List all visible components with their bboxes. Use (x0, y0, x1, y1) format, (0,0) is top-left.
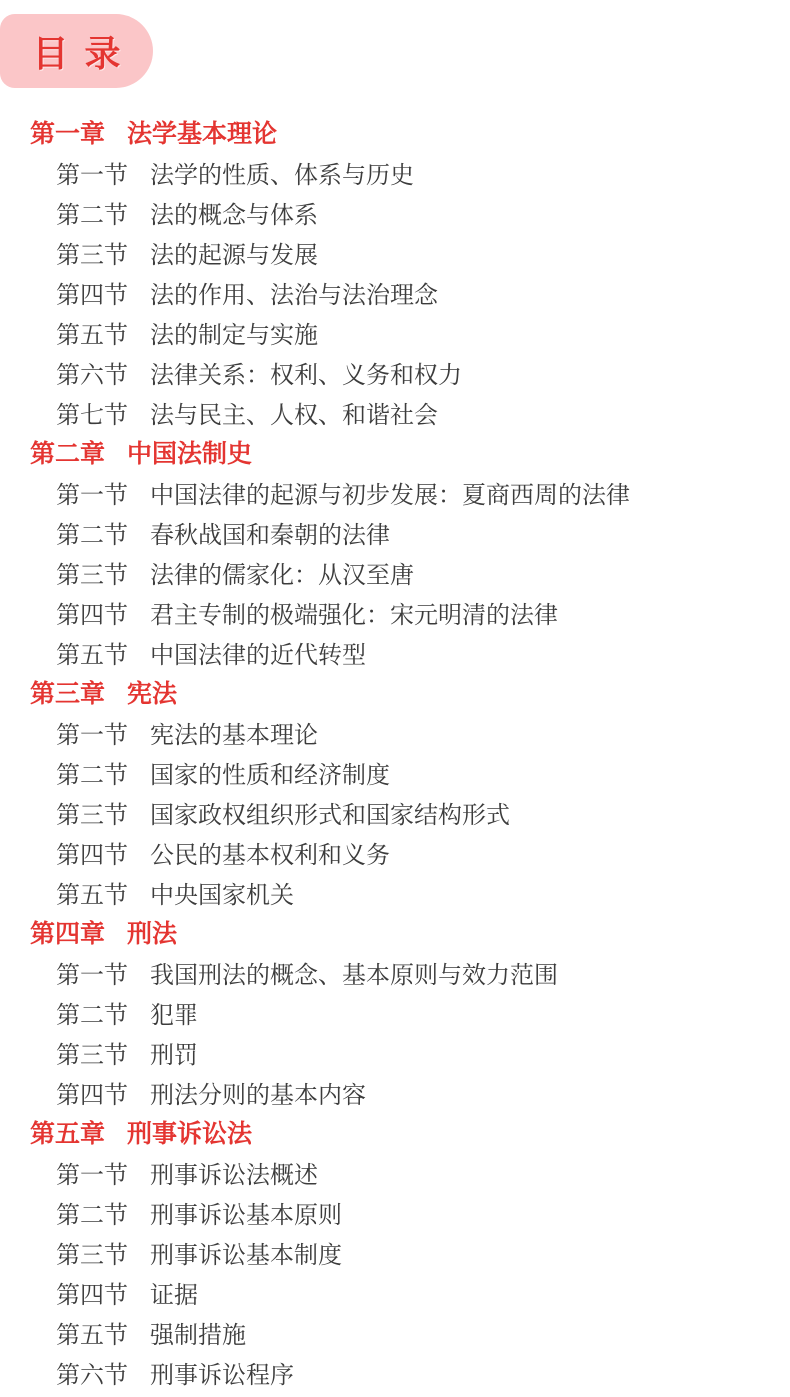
section-title: 刑法分则的基本内容 (150, 1075, 366, 1110)
section-title: 刑事诉讼程序 (150, 1355, 294, 1390)
section-row: 第一节我国刑法的概念、基本原则与效力范围 (0, 952, 790, 992)
chapter-label: 第五章 (30, 1114, 105, 1150)
section-title: 公民的基本权利和义务 (150, 835, 390, 870)
chapter-title: 刑法 (127, 914, 177, 950)
chapter-title: 法学基本理论 (127, 114, 277, 150)
chapter-label: 第三章 (30, 674, 105, 710)
section-label: 第二节 (56, 755, 128, 790)
section-title: 春秋战国和秦朝的法律 (150, 515, 390, 550)
section-title: 中国法律的起源与初步发展：夏商西周的法律 (150, 475, 630, 510)
section-label: 第二节 (56, 195, 128, 230)
section-title: 证据 (150, 1275, 198, 1310)
section-row: 第二节春秋战国和秦朝的法律 (0, 512, 790, 552)
section-label: 第三节 (56, 555, 128, 590)
chapter-title: 宪法 (127, 674, 177, 710)
section-row: 第五节中央国家机关 (0, 872, 790, 912)
section-title: 宪法的基本理论 (150, 715, 318, 750)
section-row: 第三节国家政权组织形式和国家结构形式 (0, 792, 790, 832)
section-label: 第一节 (56, 155, 128, 190)
section-label: 第三节 (56, 1235, 128, 1270)
section-label: 第三节 (56, 235, 128, 270)
section-row: 第四节刑法分则的基本内容 (0, 1072, 790, 1112)
section-label: 第二节 (56, 995, 128, 1030)
section-label: 第二节 (56, 1195, 128, 1230)
section-title: 刑罚 (150, 1035, 198, 1070)
section-label: 第三节 (56, 795, 128, 830)
section-title: 犯罪 (150, 995, 198, 1030)
section-label: 第三节 (56, 1035, 128, 1070)
section-row: 第三节刑罚 (0, 1032, 790, 1072)
section-title: 强制措施 (150, 1315, 246, 1350)
section-label: 第二节 (56, 515, 128, 550)
toc-badge-label: 目 录 (29, 26, 123, 77)
section-row: 第四节法的作用、法治与法治理念 (0, 272, 790, 312)
section-label: 第六节 (56, 355, 128, 390)
toc-badge: 目 录 (0, 14, 153, 88)
section-row: 第三节法律的儒家化：从汉至唐 (0, 552, 790, 592)
toc-list: 第一章法学基本理论第一节法学的性质、体系与历史第二节法的概念与体系第三节法的起源… (0, 112, 790, 1392)
section-row: 第五节强制措施 (0, 1312, 790, 1352)
section-title: 法学的性质、体系与历史 (150, 155, 414, 190)
section-title: 法的作用、法治与法治理念 (150, 275, 438, 310)
section-row: 第三节刑事诉讼基本制度 (0, 1232, 790, 1272)
section-row: 第一节刑事诉讼法概述 (0, 1152, 790, 1192)
chapter-label: 第二章 (30, 434, 105, 470)
section-label: 第四节 (56, 595, 128, 630)
section-title: 君主专制的极端强化：宋元明清的法律 (150, 595, 558, 630)
section-label: 第五节 (56, 635, 128, 670)
section-row: 第六节刑事诉讼程序 (0, 1352, 790, 1392)
section-title: 法律的儒家化：从汉至唐 (150, 555, 414, 590)
section-row: 第三节法的起源与发展 (0, 232, 790, 272)
section-label: 第六节 (56, 1355, 128, 1390)
chapter-label: 第四章 (30, 914, 105, 950)
section-title: 法律关系：权利、义务和权力 (150, 355, 462, 390)
section-label: 第一节 (56, 1155, 128, 1190)
section-label: 第一节 (56, 955, 128, 990)
section-title: 国家政权组织形式和国家结构形式 (150, 795, 510, 830)
section-title: 刑事诉讼法概述 (150, 1155, 318, 1190)
section-row: 第一节法学的性质、体系与历史 (0, 152, 790, 192)
section-row: 第四节证据 (0, 1272, 790, 1312)
chapter-row: 第二章中国法制史 (0, 432, 790, 472)
section-label: 第四节 (56, 1075, 128, 1110)
section-title: 中国法律的近代转型 (150, 635, 366, 670)
section-row: 第四节君主专制的极端强化：宋元明清的法律 (0, 592, 790, 632)
section-title: 中央国家机关 (150, 875, 294, 910)
section-label: 第五节 (56, 875, 128, 910)
section-label: 第一节 (56, 715, 128, 750)
section-label: 第五节 (56, 315, 128, 350)
chapter-label: 第一章 (30, 114, 105, 150)
section-row: 第一节宪法的基本理论 (0, 712, 790, 752)
section-row: 第一节中国法律的起源与初步发展：夏商西周的法律 (0, 472, 790, 512)
section-title: 刑事诉讼基本原则 (150, 1195, 342, 1230)
section-title: 刑事诉讼基本制度 (150, 1235, 342, 1270)
section-title: 法的制定与实施 (150, 315, 318, 350)
section-title: 法与民主、人权、和谐社会 (150, 395, 438, 430)
section-row: 第五节法的制定与实施 (0, 312, 790, 352)
section-row: 第二节刑事诉讼基本原则 (0, 1192, 790, 1232)
section-row: 第四节公民的基本权利和义务 (0, 832, 790, 872)
section-row: 第二节国家的性质和经济制度 (0, 752, 790, 792)
section-title: 法的概念与体系 (150, 195, 318, 230)
chapter-title: 刑事诉讼法 (127, 1114, 252, 1150)
chapter-row: 第一章法学基本理论 (0, 112, 790, 152)
chapter-title: 中国法制史 (127, 434, 252, 470)
chapter-row: 第四章刑法 (0, 912, 790, 952)
section-row: 第六节法律关系：权利、义务和权力 (0, 352, 790, 392)
section-row: 第七节法与民主、人权、和谐社会 (0, 392, 790, 432)
section-row: 第五节中国法律的近代转型 (0, 632, 790, 672)
section-label: 第四节 (56, 835, 128, 870)
section-label: 第五节 (56, 1315, 128, 1350)
section-row: 第二节犯罪 (0, 992, 790, 1032)
section-title: 法的起源与发展 (150, 235, 318, 270)
chapter-row: 第五章刑事诉讼法 (0, 1112, 790, 1152)
chapter-row: 第三章宪法 (0, 672, 790, 712)
section-label: 第四节 (56, 1275, 128, 1310)
section-row: 第二节法的概念与体系 (0, 192, 790, 232)
section-label: 第一节 (56, 475, 128, 510)
section-title: 我国刑法的概念、基本原则与效力范围 (150, 955, 558, 990)
section-label: 第四节 (56, 275, 128, 310)
section-title: 国家的性质和经济制度 (150, 755, 390, 790)
section-label: 第七节 (56, 395, 128, 430)
